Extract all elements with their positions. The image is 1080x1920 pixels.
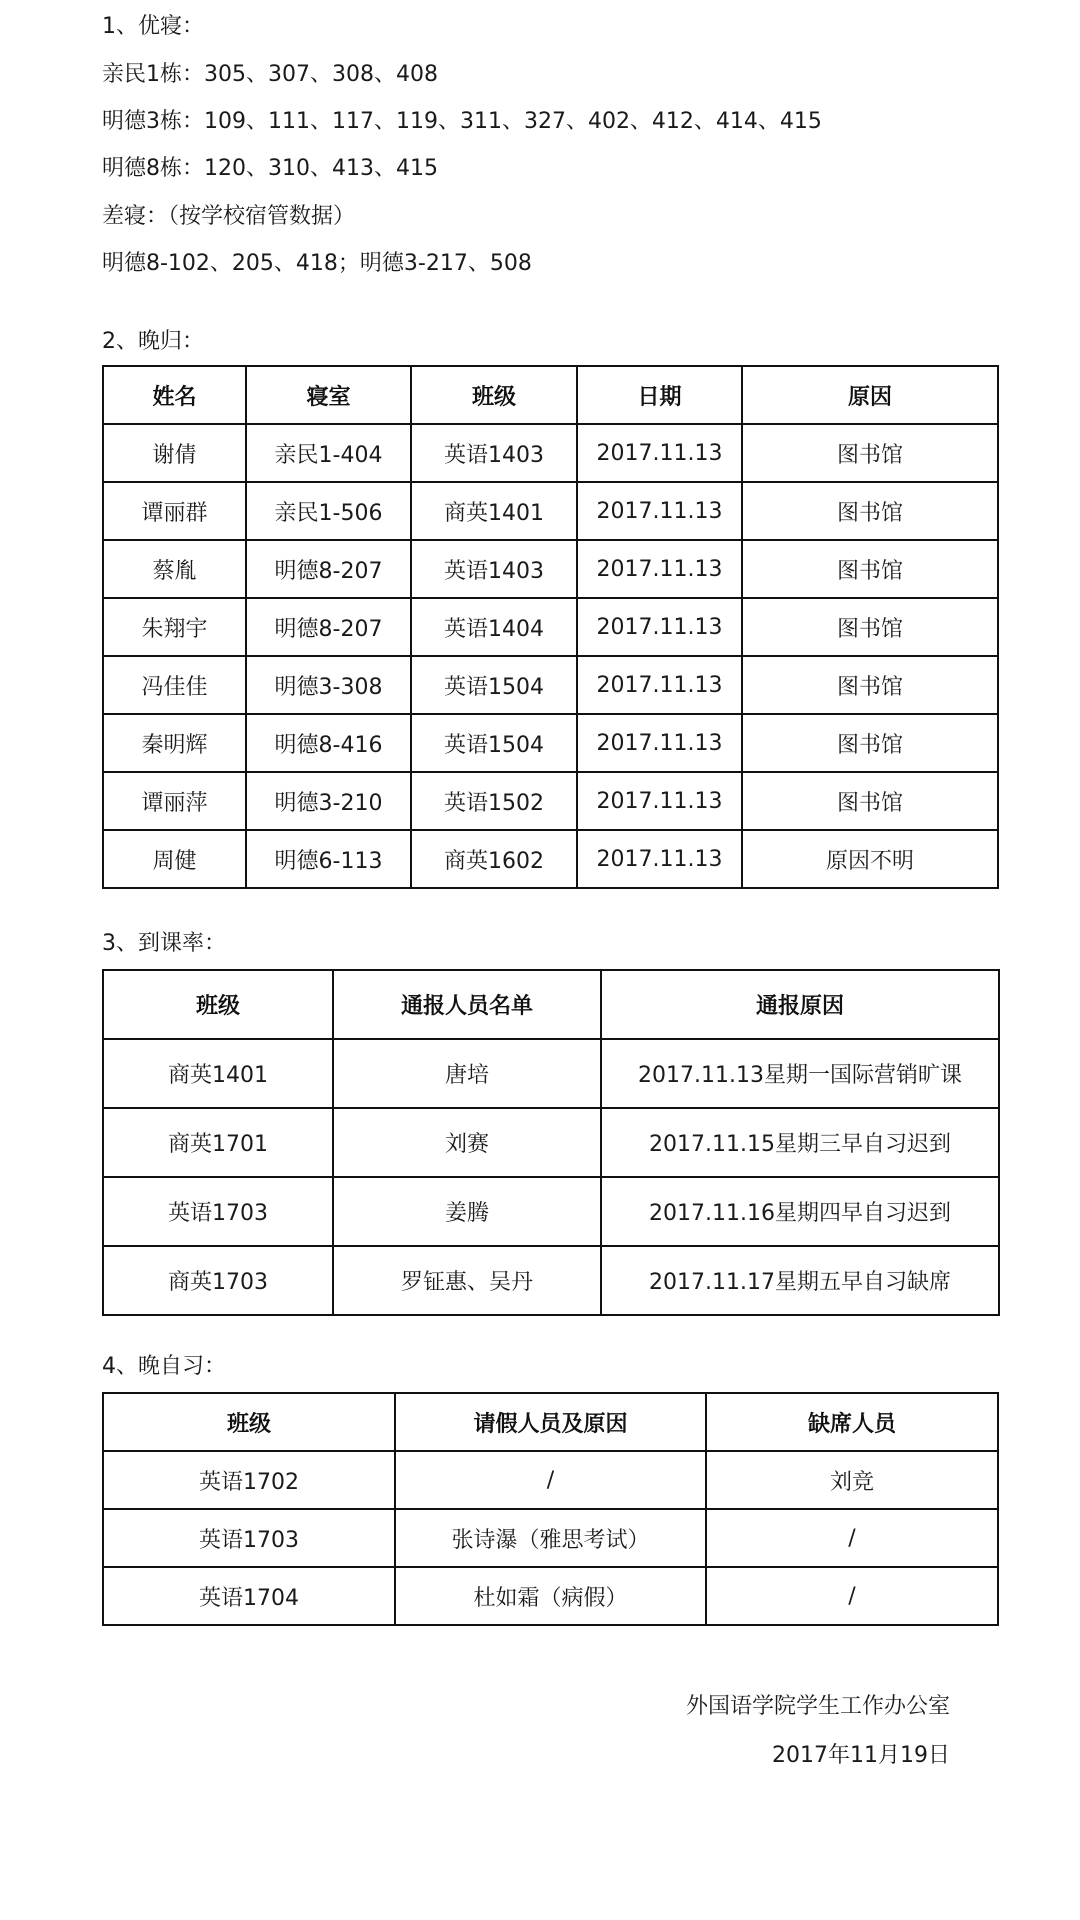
cell-leave: / — [395, 1451, 706, 1509]
section1-heading: 1、优寝： — [102, 12, 204, 42]
cell-class: 商英1401 — [411, 482, 577, 540]
cell-class: 英语1504 — [411, 656, 577, 714]
table-row: 秦明辉 明德8-416 英语1504 2017.11.13 图书馆 — [103, 714, 998, 772]
table-row: 谭丽群 亲民1-506 商英1401 2017.11.13 图书馆 — [103, 482, 998, 540]
evening-study-table: 班级 请假人员及原因 缺席人员 英语1702 / 刘竞 英语1703 张诗瀑（雅… — [102, 1392, 999, 1626]
cell-name: 秦明辉 — [103, 714, 246, 772]
cell-dorm: 明德8-416 — [246, 714, 411, 772]
cell-leave: 张诗瀑（雅思考试） — [395, 1509, 706, 1567]
cell-date: 2017.11.13 — [577, 482, 742, 540]
cell-name: 周健 — [103, 830, 246, 888]
table-row: 冯佳佳 明德3-308 英语1504 2017.11.13 图书馆 — [103, 656, 998, 714]
column-header-class: 班级 — [103, 1393, 395, 1451]
table-row: 谭丽萍 明德3-210 英语1502 2017.11.13 图书馆 — [103, 772, 998, 830]
cell-reason: 图书馆 — [742, 540, 998, 598]
signature-office: 外国语学院学生工作办公室 — [686, 1692, 950, 1722]
table-row: 英语1702 / 刘竞 — [103, 1451, 998, 1509]
cell-date: 2017.11.13 — [577, 424, 742, 482]
cell-reason: 图书馆 — [742, 656, 998, 714]
table-row: 朱翔宇 明德8-207 英语1404 2017.11.13 图书馆 — [103, 598, 998, 656]
cell-reason: 图书馆 — [742, 714, 998, 772]
table-row: 周健 明德6-113 商英1602 2017.11.13 原因不明 — [103, 830, 998, 888]
cell-class: 英语1404 — [411, 598, 577, 656]
cell-class: 英语1704 — [103, 1567, 395, 1625]
table-row: 谢倩 亲民1-404 英语1403 2017.11.13 图书馆 — [103, 424, 998, 482]
column-header-reported-names: 通报人员名单 — [333, 970, 601, 1039]
column-header-name: 姓名 — [103, 366, 246, 424]
cell-date: 2017.11.13 — [577, 714, 742, 772]
table-row: 商英1703 罗钲惠、吴丹 2017.11.17星期五早自习缺席 — [103, 1246, 999, 1315]
cell-reason: 2017.11.13星期一国际营销旷课 — [601, 1039, 999, 1108]
cell-class: 英语1703 — [103, 1177, 333, 1246]
cell-name: 冯佳佳 — [103, 656, 246, 714]
column-header-date: 日期 — [577, 366, 742, 424]
cell-date: 2017.11.13 — [577, 830, 742, 888]
table-row: 商英1701 刘赛 2017.11.15星期三早自习迟到 — [103, 1108, 999, 1177]
cell-reason: 图书馆 — [742, 772, 998, 830]
column-header-reason: 原因 — [742, 366, 998, 424]
cell-absent: / — [706, 1567, 998, 1625]
table-header-row: 班级 通报人员名单 通报原因 — [103, 970, 999, 1039]
cell-class: 商英1602 — [411, 830, 577, 888]
good-dorm-qinmin1: 亲民1栋：305、307、308、408 — [102, 60, 438, 90]
cell-class: 英语1502 — [411, 772, 577, 830]
section4-heading: 4、晚自习： — [102, 1352, 226, 1382]
cell-class: 英语1403 — [411, 540, 577, 598]
cell-reason: 图书馆 — [742, 598, 998, 656]
cell-name: 谭丽群 — [103, 482, 246, 540]
cell-dorm: 明德8-207 — [246, 540, 411, 598]
cell-dorm: 明德8-207 — [246, 598, 411, 656]
bad-dorm-heading: 差寝：（按学校宿管数据） — [102, 202, 355, 232]
table-row: 英语1703 张诗瀑（雅思考试） / — [103, 1509, 998, 1567]
good-dorm-mingde8: 明德8栋：120、310、413、415 — [102, 154, 438, 184]
cell-class: 英语1504 — [411, 714, 577, 772]
column-header-class: 班级 — [103, 970, 333, 1039]
table-row: 英语1704 杜如霜（病假） / — [103, 1567, 998, 1625]
cell-date: 2017.11.13 — [577, 598, 742, 656]
cell-absent: 刘竞 — [706, 1451, 998, 1509]
table-row: 商英1401 唐培 2017.11.13星期一国际营销旷课 — [103, 1039, 999, 1108]
section3-heading: 3、到课率： — [102, 929, 226, 959]
column-header-class: 班级 — [411, 366, 577, 424]
cell-class: 商英1703 — [103, 1246, 333, 1315]
cell-names: 刘赛 — [333, 1108, 601, 1177]
cell-name: 朱翔宇 — [103, 598, 246, 656]
table-header-row: 班级 请假人员及原因 缺席人员 — [103, 1393, 998, 1451]
cell-class: 英语1403 — [411, 424, 577, 482]
cell-dorm: 明德6-113 — [246, 830, 411, 888]
cell-class: 商英1701 — [103, 1108, 333, 1177]
cell-date: 2017.11.13 — [577, 772, 742, 830]
cell-absent: / — [706, 1509, 998, 1567]
cell-leave: 杜如霜（病假） — [395, 1567, 706, 1625]
cell-names: 罗钲惠、吴丹 — [333, 1246, 601, 1315]
cell-name: 谢倩 — [103, 424, 246, 482]
bad-dorm-list: 明德8-102、205、418；明德3-217、508 — [102, 249, 532, 279]
table-row: 英语1703 姜腾 2017.11.16星期四早自习迟到 — [103, 1177, 999, 1246]
late-return-table: 姓名 寝室 班级 日期 原因 谢倩 亲民1-404 英语1403 2017.11… — [102, 365, 999, 889]
good-dorm-mingde3: 明德3栋：109、111、117、119、311、327、402、412、414… — [102, 107, 822, 137]
cell-date: 2017.11.13 — [577, 656, 742, 714]
table-row: 蔡胤 明德8-207 英语1403 2017.11.13 图书馆 — [103, 540, 998, 598]
cell-dorm: 亲民1-404 — [246, 424, 411, 482]
cell-reason: 2017.11.15星期三早自习迟到 — [601, 1108, 999, 1177]
column-header-report-reason: 通报原因 — [601, 970, 999, 1039]
cell-dorm: 明德3-210 — [246, 772, 411, 830]
cell-reason: 原因不明 — [742, 830, 998, 888]
cell-reason: 2017.11.16星期四早自习迟到 — [601, 1177, 999, 1246]
cell-names: 姜腾 — [333, 1177, 601, 1246]
table-header-row: 姓名 寝室 班级 日期 原因 — [103, 366, 998, 424]
signature-date: 2017年11月19日 — [772, 1741, 950, 1771]
cell-reason: 2017.11.17星期五早自习缺席 — [601, 1246, 999, 1315]
cell-name: 蔡胤 — [103, 540, 246, 598]
column-header-absent: 缺席人员 — [706, 1393, 998, 1451]
cell-name: 谭丽萍 — [103, 772, 246, 830]
column-header-leave-reason: 请假人员及原因 — [395, 1393, 706, 1451]
cell-names: 唐培 — [333, 1039, 601, 1108]
cell-reason: 图书馆 — [742, 482, 998, 540]
cell-class: 商英1401 — [103, 1039, 333, 1108]
attendance-table: 班级 通报人员名单 通报原因 商英1401 唐培 2017.11.13星期一国际… — [102, 969, 1000, 1316]
cell-class: 英语1703 — [103, 1509, 395, 1567]
cell-date: 2017.11.13 — [577, 540, 742, 598]
section2-heading: 2、晚归： — [102, 327, 204, 357]
cell-dorm: 亲民1-506 — [246, 482, 411, 540]
cell-class: 英语1702 — [103, 1451, 395, 1509]
cell-dorm: 明德3-308 — [246, 656, 411, 714]
column-header-dorm: 寝室 — [246, 366, 411, 424]
cell-reason: 图书馆 — [742, 424, 998, 482]
